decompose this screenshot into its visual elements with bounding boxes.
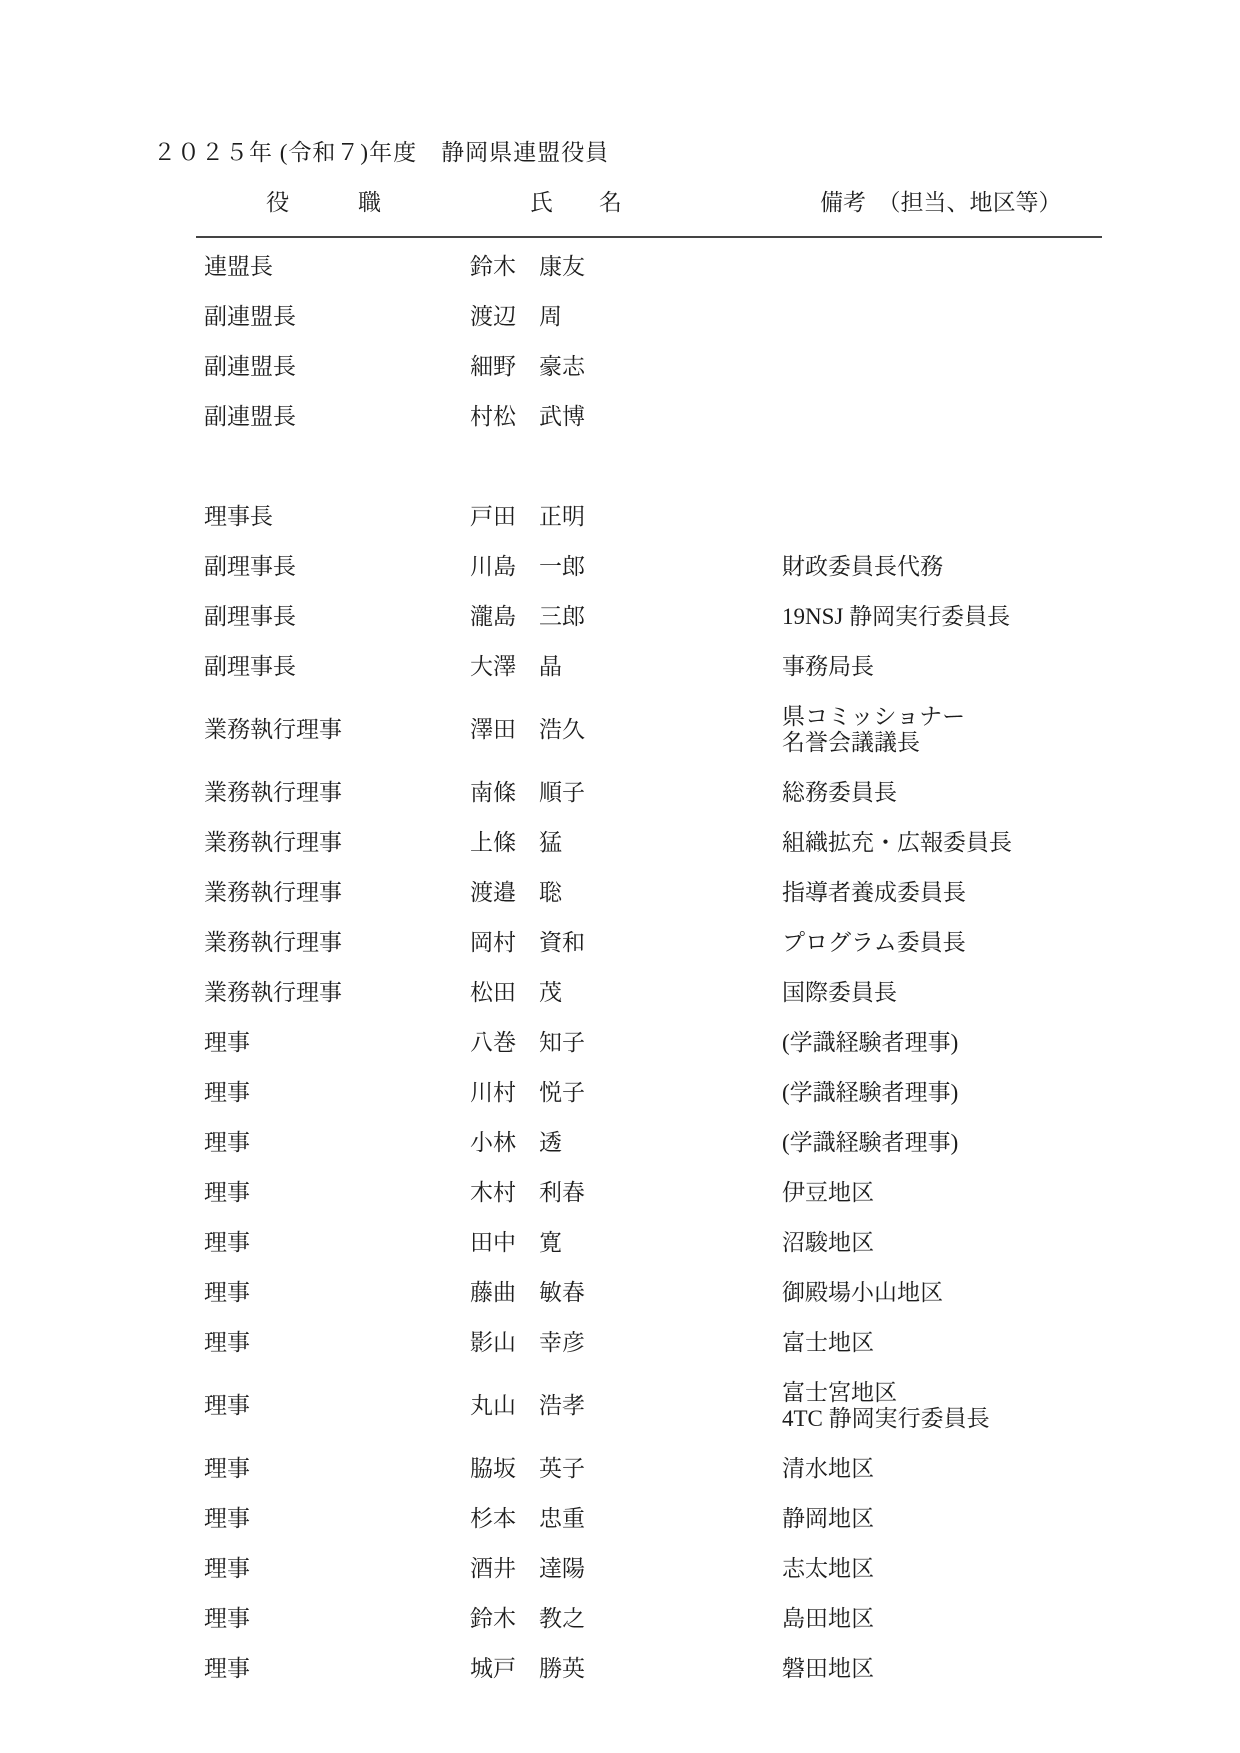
remark-cell: 事務局長 xyxy=(782,654,1240,680)
role-cell: 理事 xyxy=(204,1656,470,1682)
table-row: 理事 藤曲 敏春 御殿場小山地区 xyxy=(0,1268,1240,1318)
name-cell: 酒井 達陽 xyxy=(470,1556,782,1582)
table-row: 理事 鈴木 教之 島田地区 xyxy=(0,1594,1240,1644)
role-cell: 理事 xyxy=(204,1080,470,1106)
role-cell: 理事 xyxy=(204,1556,470,1582)
role-cell: 理事 xyxy=(204,1606,470,1632)
role-cell: 業務執行理事 xyxy=(204,880,470,906)
remark-line: 清水地区 xyxy=(782,1456,1240,1482)
remark-line: (学識経験者理事) xyxy=(782,1130,1240,1156)
name-cell: 杉本 忠重 xyxy=(470,1506,782,1532)
remark-cell: 志太地区 xyxy=(782,1556,1240,1582)
remark-cell: 静岡地区 xyxy=(782,1506,1240,1532)
name-cell: 戸田 正明 xyxy=(470,504,782,530)
name-cell: 瀧島 三郎 xyxy=(470,604,782,630)
role-cell: 副理事長 xyxy=(204,604,470,630)
header-role: 役 職 xyxy=(204,190,470,216)
table-row: 副理事長 大澤 晶 事務局長 xyxy=(0,642,1240,692)
name-cell: 川島 一郎 xyxy=(470,554,782,580)
table-row: 副理事長 瀧島 三郎 19NSJ 静岡実行委員長 xyxy=(0,592,1240,642)
remark-line: 財政委員長代務 xyxy=(782,554,1240,580)
remark-line: 島田地区 xyxy=(782,1606,1240,1632)
table-row: 業務執行理事 南條 順子 総務委員長 xyxy=(0,768,1240,818)
remark-line: 名誉会議議長 xyxy=(782,730,1240,756)
remark-cell: 国際委員長 xyxy=(782,980,1240,1006)
name-cell: 南條 順子 xyxy=(470,780,782,806)
remark-line: (学識経験者理事) xyxy=(782,1080,1240,1106)
name-cell: 大澤 晶 xyxy=(470,654,782,680)
remark-cell: 19NSJ 静岡実行委員長 xyxy=(782,604,1240,630)
remark-cell: (学識経験者理事) xyxy=(782,1080,1240,1106)
name-cell: 村松 武博 xyxy=(470,404,782,430)
role-cell: 理事 xyxy=(204,1130,470,1156)
remark-cell: 磐田地区 xyxy=(782,1656,1240,1682)
role-cell: 業務執行理事 xyxy=(204,930,470,956)
remark-line: 御殿場小山地区 xyxy=(782,1280,1240,1306)
role-cell: 連盟長 xyxy=(204,254,470,280)
role-cell: 業務執行理事 xyxy=(204,717,470,743)
role-cell: 業務執行理事 xyxy=(204,980,470,1006)
name-cell: 丸山 浩孝 xyxy=(470,1393,782,1419)
remark-cell: (学識経験者理事) xyxy=(782,1030,1240,1056)
remark-cell: 富士地区 xyxy=(782,1330,1240,1356)
table-row: 副連盟長 渡辺 周 xyxy=(0,292,1240,342)
table-header: 役 職 氏 名 備考 （担当、地区等） xyxy=(0,190,1240,216)
name-cell: 城戸 勝英 xyxy=(470,1656,782,1682)
role-cell: 理事 xyxy=(204,1393,470,1419)
remark-cell: 指導者養成委員長 xyxy=(782,880,1240,906)
remark-line: 19NSJ 静岡実行委員長 xyxy=(782,604,1240,630)
remark-line: 富士地区 xyxy=(782,1330,1240,1356)
table-row: 理事 川村 悦子 (学識経験者理事) xyxy=(0,1068,1240,1118)
name-cell: 川村 悦子 xyxy=(470,1080,782,1106)
remark-cell: 伊豆地区 xyxy=(782,1180,1240,1206)
table-row: 業務執行理事 松田 茂 国際委員長 xyxy=(0,968,1240,1018)
table-row: 理事 八巻 知子 (学識経験者理事) xyxy=(0,1018,1240,1068)
remark-line: 国際委員長 xyxy=(782,980,1240,1006)
remark-line: プログラム委員長 xyxy=(782,930,1240,956)
name-cell: 木村 利春 xyxy=(470,1180,782,1206)
name-cell: 影山 幸彦 xyxy=(470,1330,782,1356)
role-cell: 副連盟長 xyxy=(204,354,470,380)
table-row: 理事 影山 幸彦 富士地区 xyxy=(0,1318,1240,1368)
table-row: 理事 木村 利春 伊豆地区 xyxy=(0,1168,1240,1218)
name-cell: 藤曲 敏春 xyxy=(470,1280,782,1306)
header-remark: 備考 （担当、地区等） xyxy=(782,190,1240,216)
table-row: 理事 脇坂 英子 清水地区 xyxy=(0,1444,1240,1494)
table-row: 副連盟長 村松 武博 xyxy=(0,392,1240,442)
name-cell: 田中 寛 xyxy=(470,1230,782,1256)
name-cell: 松田 茂 xyxy=(470,980,782,1006)
remark-cell: 総務委員長 xyxy=(782,780,1240,806)
name-cell: 岡村 資和 xyxy=(470,930,782,956)
name-cell: 渡邉 聡 xyxy=(470,880,782,906)
remark-line: 県コミッショナー xyxy=(782,704,1240,730)
role-cell: 理事 xyxy=(204,1230,470,1256)
remark-cell: プログラム委員長 xyxy=(782,930,1240,956)
name-cell: 脇坂 英子 xyxy=(470,1456,782,1482)
role-cell: 副連盟長 xyxy=(204,304,470,330)
remark-line: 4TC 静岡実行委員長 xyxy=(782,1406,1240,1432)
spacer-row xyxy=(0,442,1240,492)
table-row: 理事 丸山 浩孝 富士宮地区4TC 静岡実行委員長 xyxy=(0,1368,1240,1444)
name-cell: 渡辺 周 xyxy=(470,304,782,330)
table-body: 連盟長 鈴木 康友 副連盟長 渡辺 周 副連盟長 細野 豪志 副連盟長 村松 武… xyxy=(0,242,1240,1694)
table-row: 業務執行理事 澤田 浩久 県コミッショナー名誉会議議長 xyxy=(0,692,1240,768)
remark-line: 組織拡充・広報委員長 xyxy=(782,830,1240,856)
remark-cell: 富士宮地区4TC 静岡実行委員長 xyxy=(782,1380,1240,1432)
remark-line: 指導者養成委員長 xyxy=(782,880,1240,906)
role-cell: 理事 xyxy=(204,1180,470,1206)
table-row: 理事 田中 寛 沼駿地区 xyxy=(0,1218,1240,1268)
remark-line: (学識経験者理事) xyxy=(782,1030,1240,1056)
remark-line: 事務局長 xyxy=(782,654,1240,680)
header-divider xyxy=(196,236,1102,238)
name-cell: 澤田 浩久 xyxy=(470,717,782,743)
remark-cell: 御殿場小山地区 xyxy=(782,1280,1240,1306)
role-cell: 業務執行理事 xyxy=(204,830,470,856)
remark-line: 静岡地区 xyxy=(782,1506,1240,1532)
role-cell: 理事 xyxy=(204,1330,470,1356)
role-cell: 理事長 xyxy=(204,504,470,530)
table-row: 業務執行理事 岡村 資和 プログラム委員長 xyxy=(0,918,1240,968)
name-cell: 細野 豪志 xyxy=(470,354,782,380)
role-cell: 業務執行理事 xyxy=(204,780,470,806)
table-row: 理事長 戸田 正明 xyxy=(0,492,1240,542)
remark-line: 沼駿地区 xyxy=(782,1230,1240,1256)
table-row: 業務執行理事 上條 猛 組織拡充・広報委員長 xyxy=(0,818,1240,868)
name-cell: 上條 猛 xyxy=(470,830,782,856)
remark-cell: 県コミッショナー名誉会議議長 xyxy=(782,704,1240,756)
remark-cell: 沼駿地区 xyxy=(782,1230,1240,1256)
role-cell: 理事 xyxy=(204,1506,470,1532)
document-page: ２０２５年 (令和７)年度 静岡県連盟役員 役 職 氏 名 備考 （担当、地区等… xyxy=(0,0,1240,1753)
name-cell: 鈴木 康友 xyxy=(470,254,782,280)
remark-line: 総務委員長 xyxy=(782,780,1240,806)
remark-line: 伊豆地区 xyxy=(782,1180,1240,1206)
role-cell: 副理事長 xyxy=(204,554,470,580)
remark-cell: (学識経験者理事) xyxy=(782,1130,1240,1156)
header-name: 氏 名 xyxy=(470,190,782,216)
role-cell: 副連盟長 xyxy=(204,404,470,430)
role-cell: 理事 xyxy=(204,1280,470,1306)
table-row: 理事 城戸 勝英 磐田地区 xyxy=(0,1644,1240,1694)
name-cell: 八巻 知子 xyxy=(470,1030,782,1056)
remark-cell: 財政委員長代務 xyxy=(782,554,1240,580)
table-row: 理事 小林 透 (学識経験者理事) xyxy=(0,1118,1240,1168)
remark-line: 富士宮地区 xyxy=(782,1380,1240,1406)
role-cell: 理事 xyxy=(204,1030,470,1056)
role-cell: 理事 xyxy=(204,1456,470,1482)
table-row: 業務執行理事 渡邉 聡 指導者養成委員長 xyxy=(0,868,1240,918)
table-row: 副理事長 川島 一郎 財政委員長代務 xyxy=(0,542,1240,592)
table-row: 連盟長 鈴木 康友 xyxy=(0,242,1240,292)
page-title: ２０２５年 (令和７)年度 静岡県連盟役員 xyxy=(153,134,609,167)
remark-cell: 組織拡充・広報委員長 xyxy=(782,830,1240,856)
remark-line: 志太地区 xyxy=(782,1556,1240,1582)
remark-cell: 島田地区 xyxy=(782,1606,1240,1632)
table-row: 理事 杉本 忠重 静岡地区 xyxy=(0,1494,1240,1544)
remark-line: 磐田地区 xyxy=(782,1656,1240,1682)
name-cell: 小林 透 xyxy=(470,1130,782,1156)
table-row: 理事 酒井 達陽 志太地区 xyxy=(0,1544,1240,1594)
role-cell: 副理事長 xyxy=(204,654,470,680)
table-row: 副連盟長 細野 豪志 xyxy=(0,342,1240,392)
name-cell: 鈴木 教之 xyxy=(470,1606,782,1632)
remark-cell: 清水地区 xyxy=(782,1456,1240,1482)
